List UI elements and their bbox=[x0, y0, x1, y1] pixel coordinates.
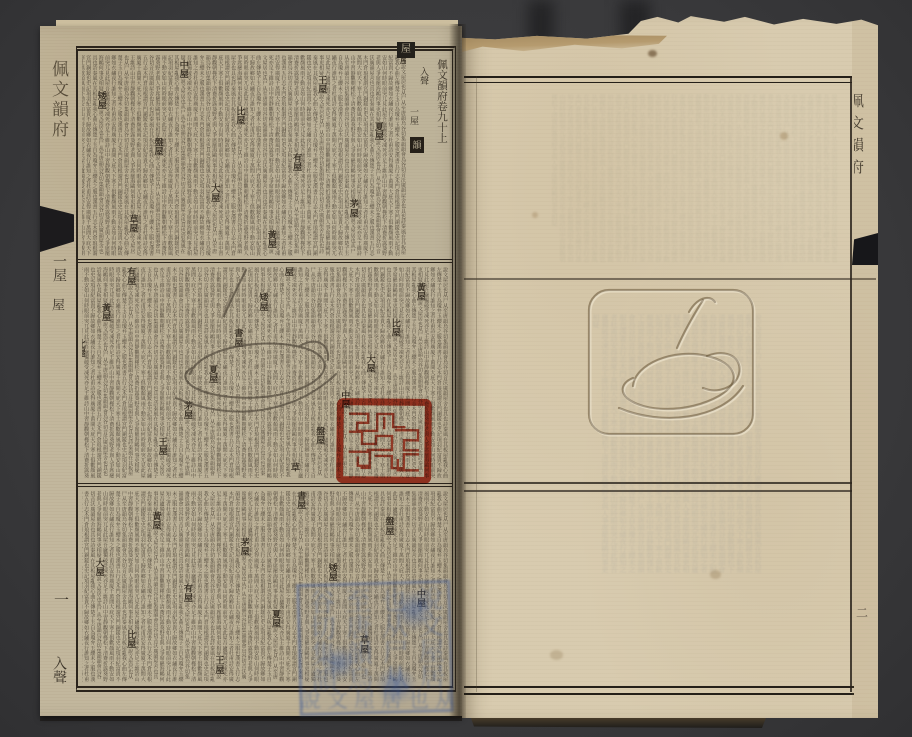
scanned-book-spread: 佩文韻府 一屋 屋 一 入聲 屋說文屋居也从尸从至唐韻烏谷切集韻韻會烏谷切音沃廣… bbox=[0, 0, 912, 737]
spine-page-number: 一 bbox=[50, 592, 71, 618]
fore-edge-black-tab bbox=[852, 233, 878, 265]
bottom-rule bbox=[464, 686, 854, 695]
foxing-spot bbox=[710, 570, 721, 579]
rhyme-cartouche: 韻 bbox=[410, 137, 424, 153]
blue-stamp-glyphs: 說文屋居也从尸从至唐韻烏谷切集韻韻會烏谷切音沃廣韻屋舍也具也詩秦風在其板屋亂我心… bbox=[300, 688, 452, 712]
right-page: 說文屋居也从尸从至唐韻烏谷切集韻韻會烏谷切音沃廣韻屋舍也具也詩秦風在其板屋亂我心… bbox=[462, 14, 878, 718]
top-rule bbox=[464, 76, 852, 83]
left-page: 佩文韻府 一屋 屋 一 入聲 屋說文屋居也从尸从至唐韻烏谷切集韻韻會烏谷切音沃廣… bbox=[40, 26, 462, 716]
foxing-spot bbox=[550, 650, 563, 660]
rhyme-label: 一屋 bbox=[408, 107, 421, 131]
embossed-stamp bbox=[585, 286, 757, 438]
spine-fold-strip: 佩文韻府 一屋 屋 一 入聲 bbox=[40, 26, 76, 716]
spine-tone-label: 入聲 bbox=[48, 656, 68, 702]
corner-tab: 屋 bbox=[397, 42, 415, 58]
rhyme-tab: 一屋 bbox=[48, 254, 68, 296]
blue-stamp-bottom-row: 說文屋居也从尸从至唐韻烏谷切集韻韻會烏谷切音沃廣韻屋舍也具也詩秦風在其板屋亂我心… bbox=[300, 684, 452, 712]
gutter-shadow bbox=[449, 24, 466, 718]
rhyme-tab-secondary: 屋 bbox=[48, 298, 67, 318]
register-rule bbox=[464, 278, 876, 280]
torn-edge-band bbox=[462, 34, 667, 52]
tone-label: 入聲 bbox=[418, 67, 431, 91]
volume-title: 佩文韻府卷九十上 bbox=[434, 59, 449, 189]
embossed-stamp-offset-mark bbox=[168, 262, 344, 454]
fore-edge-title: 佩文韻府 bbox=[854, 93, 866, 203]
spine-title: 佩文韻府 bbox=[46, 60, 71, 180]
red-collection-seal bbox=[336, 397, 433, 484]
foxing-spot bbox=[648, 50, 657, 57]
register-top: 屋說文屋居也从尸从至唐韻烏谷切集韻韻會烏谷切音沃廣韻屋舍也具也詩秦風在其板屋亂我… bbox=[78, 51, 452, 263]
page-number: 二 bbox=[856, 604, 874, 624]
spine-black-tab bbox=[40, 204, 74, 252]
foxing-spot bbox=[532, 212, 538, 218]
body-text-block: 屋說文屋居也从尸从至唐韻烏谷切集韻韻會烏谷切音沃廣韻屋舍也具也詩秦風在其板屋亂我… bbox=[82, 55, 406, 256]
foxing-spot bbox=[780, 132, 788, 140]
ghost-showthrough-text: 說文屋居也从尸从至唐韻烏谷切集韻韻會烏谷切音沃廣韻屋舍也具也詩秦風在其板屋亂我心… bbox=[477, 94, 837, 264]
